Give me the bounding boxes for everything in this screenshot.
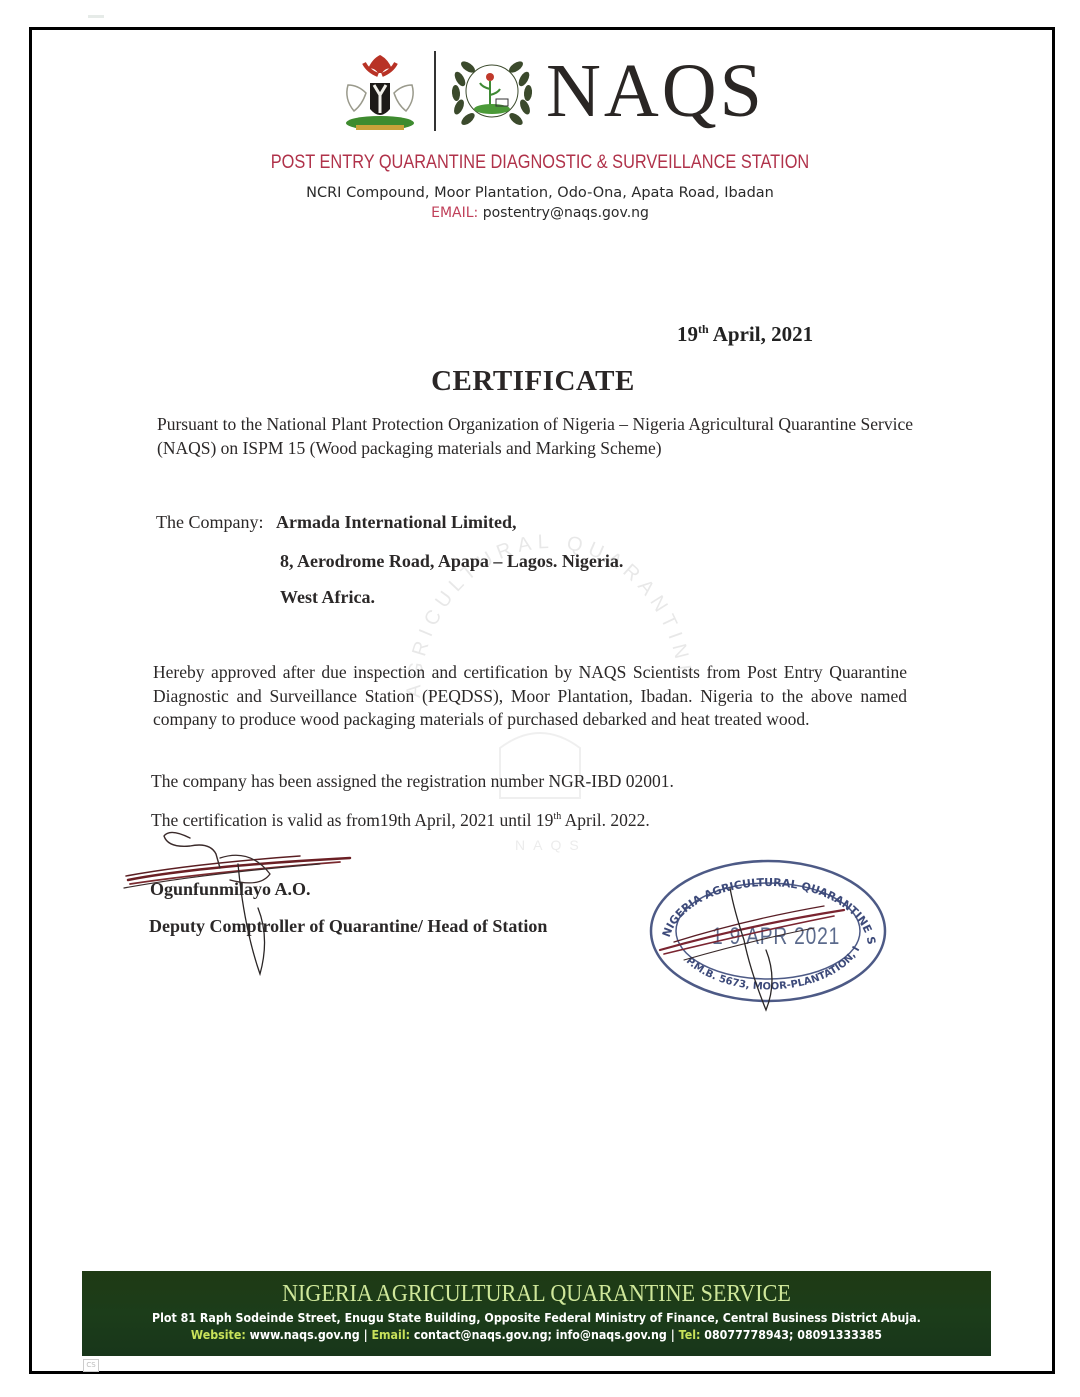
header-logo-row: NAQS [334,48,765,134]
signer-title: Deputy Comptroller of Quarantine/ Head o… [149,916,547,937]
naqs-seal-icon [446,49,538,133]
footer-contact: Website: www.naqs.gov.ng | Email: contac… [127,1328,945,1342]
company-address-line2: West Africa. [280,587,375,608]
scan-artifact [88,15,104,18]
footer-email-label: Email: [371,1328,410,1342]
watermark-bottom-text: NAQS [515,837,587,853]
company-label: The Company: [156,512,263,533]
document-title: CERTIFICATE [0,365,1066,398]
email-value[interactable]: postentry@naqs.gov.ng [483,205,649,221]
approval-paragraph: Hereby approved after due inspection and… [153,661,907,732]
scanner-mark-icon: CS [83,1359,99,1372]
company-address-line1: 8, Aerodrome Road, Apapa – Lagos. Nigeri… [280,551,623,572]
registration-paragraph: The company has been assigned the regist… [151,769,911,793]
footer-title: NIGERIA AGRICULTURAL QUARANTINE SERVICE [118,1281,954,1308]
company-name: Armada International Limited, [276,512,517,533]
station-email: EMAIL: postentry@naqs.gov.ng [0,205,1080,221]
signer-name: Ogunfunmilayo A.O. [150,879,311,900]
email-label: EMAIL: [431,205,478,221]
website-label: Website: [191,1328,246,1342]
naqs-wordmark: NAQS [546,53,765,129]
station-name: POST ENTRY QUARANTINE DIAGNOSTIC & SURVE… [76,152,1005,174]
stamp-signature-icon [654,880,854,1015]
footer-band: NIGERIA AGRICULTURAL QUARANTINE SERVICE … [82,1271,991,1356]
website-link[interactable]: www.naqs.gov.ng [250,1328,360,1342]
validity-paragraph: The certification is valid as from19th A… [151,805,911,832]
nigeria-coat-of-arms-icon [334,49,426,133]
footer-email-link[interactable]: contact@naqs.gov.ng; info@naqs.gov.ng [414,1328,667,1342]
tel-label: Tel: [679,1328,701,1342]
station-address: NCRI Compound, Moor Plantation, Odo-Ona,… [0,185,1080,201]
footer-address: Plot 81 Raph Sodeinde Street, Enugu Stat… [127,1311,945,1325]
header-divider [434,51,436,131]
intro-paragraph: Pursuant to the National Plant Protectio… [157,412,913,460]
tel-value: 08077778943; 08091333385 [704,1328,882,1342]
issue-date: 19th April, 2021 [677,322,813,347]
